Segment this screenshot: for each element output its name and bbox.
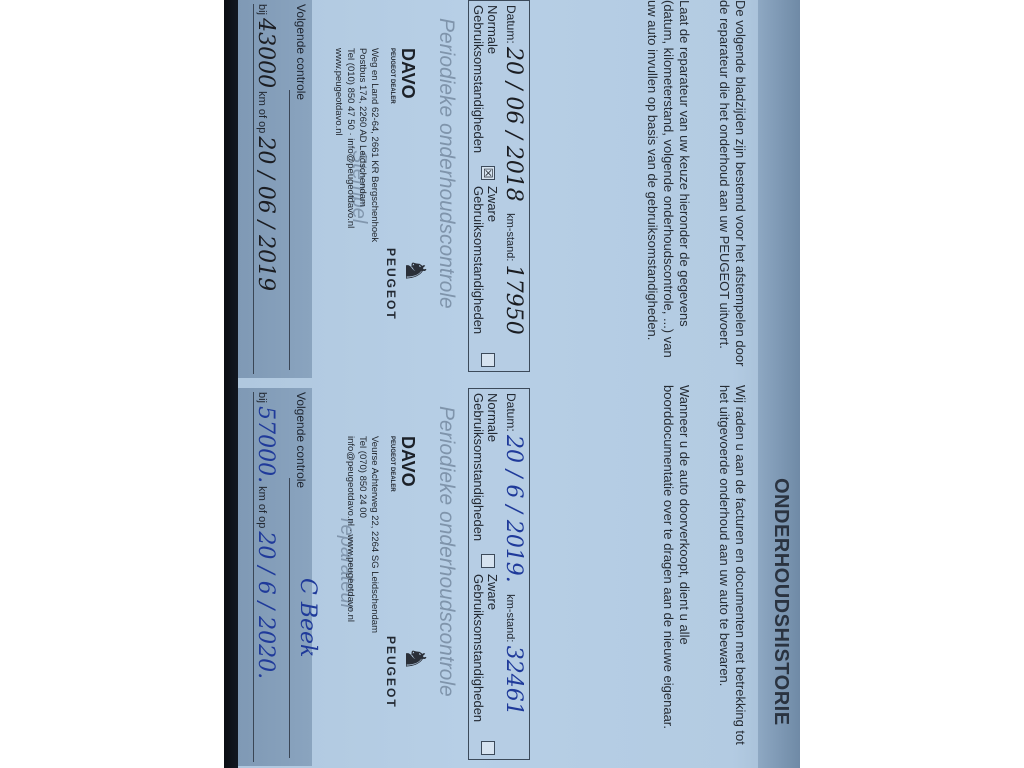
dealer-name: DAVO [397, 436, 418, 487]
address-line: Tel (070) 850 24 00 [356, 436, 368, 633]
address-line: Weg en Land 62-64, 2661 KR Bergschenhoek [368, 48, 380, 242]
dealer-subtitle: PEUGEOT DEALER [389, 48, 395, 104]
brand-name: PEUGEOT [384, 636, 398, 709]
next-service-underline [253, 392, 254, 762]
signature: C Beek [295, 578, 320, 657]
km-value: 17950 [501, 265, 526, 335]
next-service-underline [253, 4, 254, 374]
km-value: 32461 [501, 646, 526, 716]
heavy-checkbox[interactable] [481, 353, 495, 367]
page-title: ONDERHOUDSHISTORIE [769, 478, 792, 726]
next-service-row: bij 43000 km of op 20 / 06 / 2019 [253, 4, 278, 291]
option-heavy-label: Zware Gebruiksomstandigheden [471, 574, 499, 734]
signature-line [289, 90, 290, 370]
option-heavy-label: Zware Gebruiksomstandigheden [471, 186, 499, 346]
brand-name: PEUGEOT [384, 248, 398, 321]
intro-right-2: Wanneer u de auto doorverkoopt, dient u … [660, 385, 692, 755]
maintenance-booklet-page: ONDERHOUDSHISTORIE De volgende bladzijde… [238, 0, 800, 768]
intro-left-1: De volgende bladzijden zijn bestemd voor… [716, 0, 748, 370]
next-date-value: 20 / 6 / 2020. [253, 531, 278, 679]
address-line: info@peugeotdavo.nl · www.peugeotdavo.nl [344, 436, 356, 633]
next-km-suffix: km of op [256, 486, 268, 528]
peugeot-lion-icon: ♞ [400, 258, 430, 292]
datum-label: Datum: [504, 393, 518, 432]
stamp-title: Periodieke onderhoudscontrole [434, 18, 458, 309]
dealer-address: Veurse Achterweg 22, 2264 SG Leidschenda… [344, 436, 380, 633]
km-label: km-stand: [504, 594, 516, 642]
service-record-box: Datum: 20 / 06 / 2018 km-stand: 17950 No… [468, 0, 530, 372]
service-record-box: Datum: 20 / 6 / 2019. km-stand: 32461 No… [468, 388, 530, 760]
next-service-label: Volgende controle [294, 4, 308, 100]
address-line: www.peugeotdavo.nl [332, 48, 344, 242]
option-normal-label: Normale Gebruiksomstandigheden [471, 393, 499, 543]
stamp-title: Periodieke onderhoudscontrole [434, 406, 458, 697]
next-km-suffix: km of op [256, 91, 268, 133]
normal-checkbox[interactable] [481, 554, 495, 568]
next-km-value: 43000 [253, 18, 278, 88]
address-line: Postbus 174, 2260 AD Leidschendam [356, 48, 368, 242]
heavy-checkbox[interactable] [481, 741, 495, 755]
intro-left-2: Laat de reparateur van uw keuze hieronde… [644, 0, 692, 370]
peugeot-lion-icon: ♞ [400, 646, 430, 680]
service-card-1: Datum: 20 / 06 / 2018 km-stand: 17950 No… [238, 0, 530, 378]
next-service-row: bij 57000. km of op 20 / 6 / 2020. [253, 392, 278, 679]
next-date-value: 20 / 06 / 2019 [253, 136, 278, 291]
next-km-prefix: bij [256, 4, 268, 15]
datum-value: 20 / 06 / 2018 [501, 47, 526, 202]
address-line: Veurse Achterweg 22, 2264 SG Leidschenda… [368, 436, 380, 633]
signature-line [289, 478, 290, 758]
address-line: Tel (010) 850 47 50 · info@peugeotdavo.n… [344, 48, 356, 242]
service-card-2: Datum: 20 / 6 / 2019. km-stand: 32461 No… [238, 388, 530, 766]
dealer-subtitle: PEUGEOT DEALER [389, 436, 395, 492]
datum-label: Datum: [504, 5, 518, 44]
normal-checkbox[interactable]: ☒ [481, 166, 495, 180]
next-km-prefix: bij [256, 392, 268, 403]
intro-right-1: Wij raden u aan de facturen en documente… [716, 385, 748, 755]
date-km-row: Datum: 20 / 6 / 2019. km-stand: 32461 [501, 393, 526, 716]
dealer-address: Weg en Land 62-64, 2661 KR Bergschenhoek… [332, 48, 380, 242]
option-normal-label: Normale Gebruiksomstandigheden [471, 5, 499, 155]
km-label: km-stand: [504, 213, 516, 261]
next-service-label: Volgende controle [294, 392, 308, 488]
next-km-value: 57000. [253, 406, 278, 483]
date-km-row: Datum: 20 / 06 / 2018 km-stand: 17950 [501, 5, 526, 335]
photo-area: ONDERHOUDSHISTORIE De volgende bladzijde… [238, 0, 800, 768]
datum-value: 20 / 6 / 2019. [501, 435, 526, 583]
dealer-name: DAVO [397, 48, 418, 99]
